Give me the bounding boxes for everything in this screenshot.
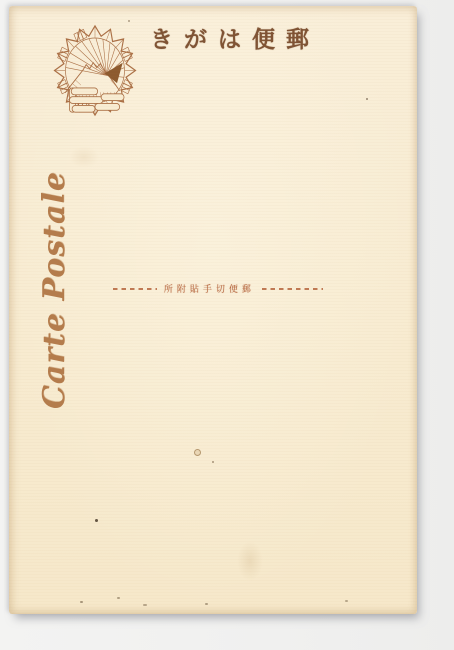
age-speck [117,597,120,599]
postal-emblem-icon [51,22,139,119]
postcard: きがは便郵 [9,6,417,614]
age-speck [205,603,208,605]
stamp-divider: 所附貼手切便郵 [113,282,323,296]
age-speck [95,519,98,522]
age-speck [194,449,201,456]
age-speck [80,601,83,603]
carte-postale-script: Carte Postale [33,201,77,409]
divider-dashes-left [113,288,157,290]
age-speck [143,604,147,606]
age-speck [69,146,99,168]
age-speck [366,98,368,100]
age-speck [212,461,214,463]
divider-text: 所附貼手切便郵 [164,283,255,295]
scan-background: きがは便郵 [0,0,454,650]
age-speck [345,600,348,602]
divider-dashes-right [262,288,323,290]
age-speck [237,541,263,581]
postcard-title: きがは便郵 [150,26,320,52]
